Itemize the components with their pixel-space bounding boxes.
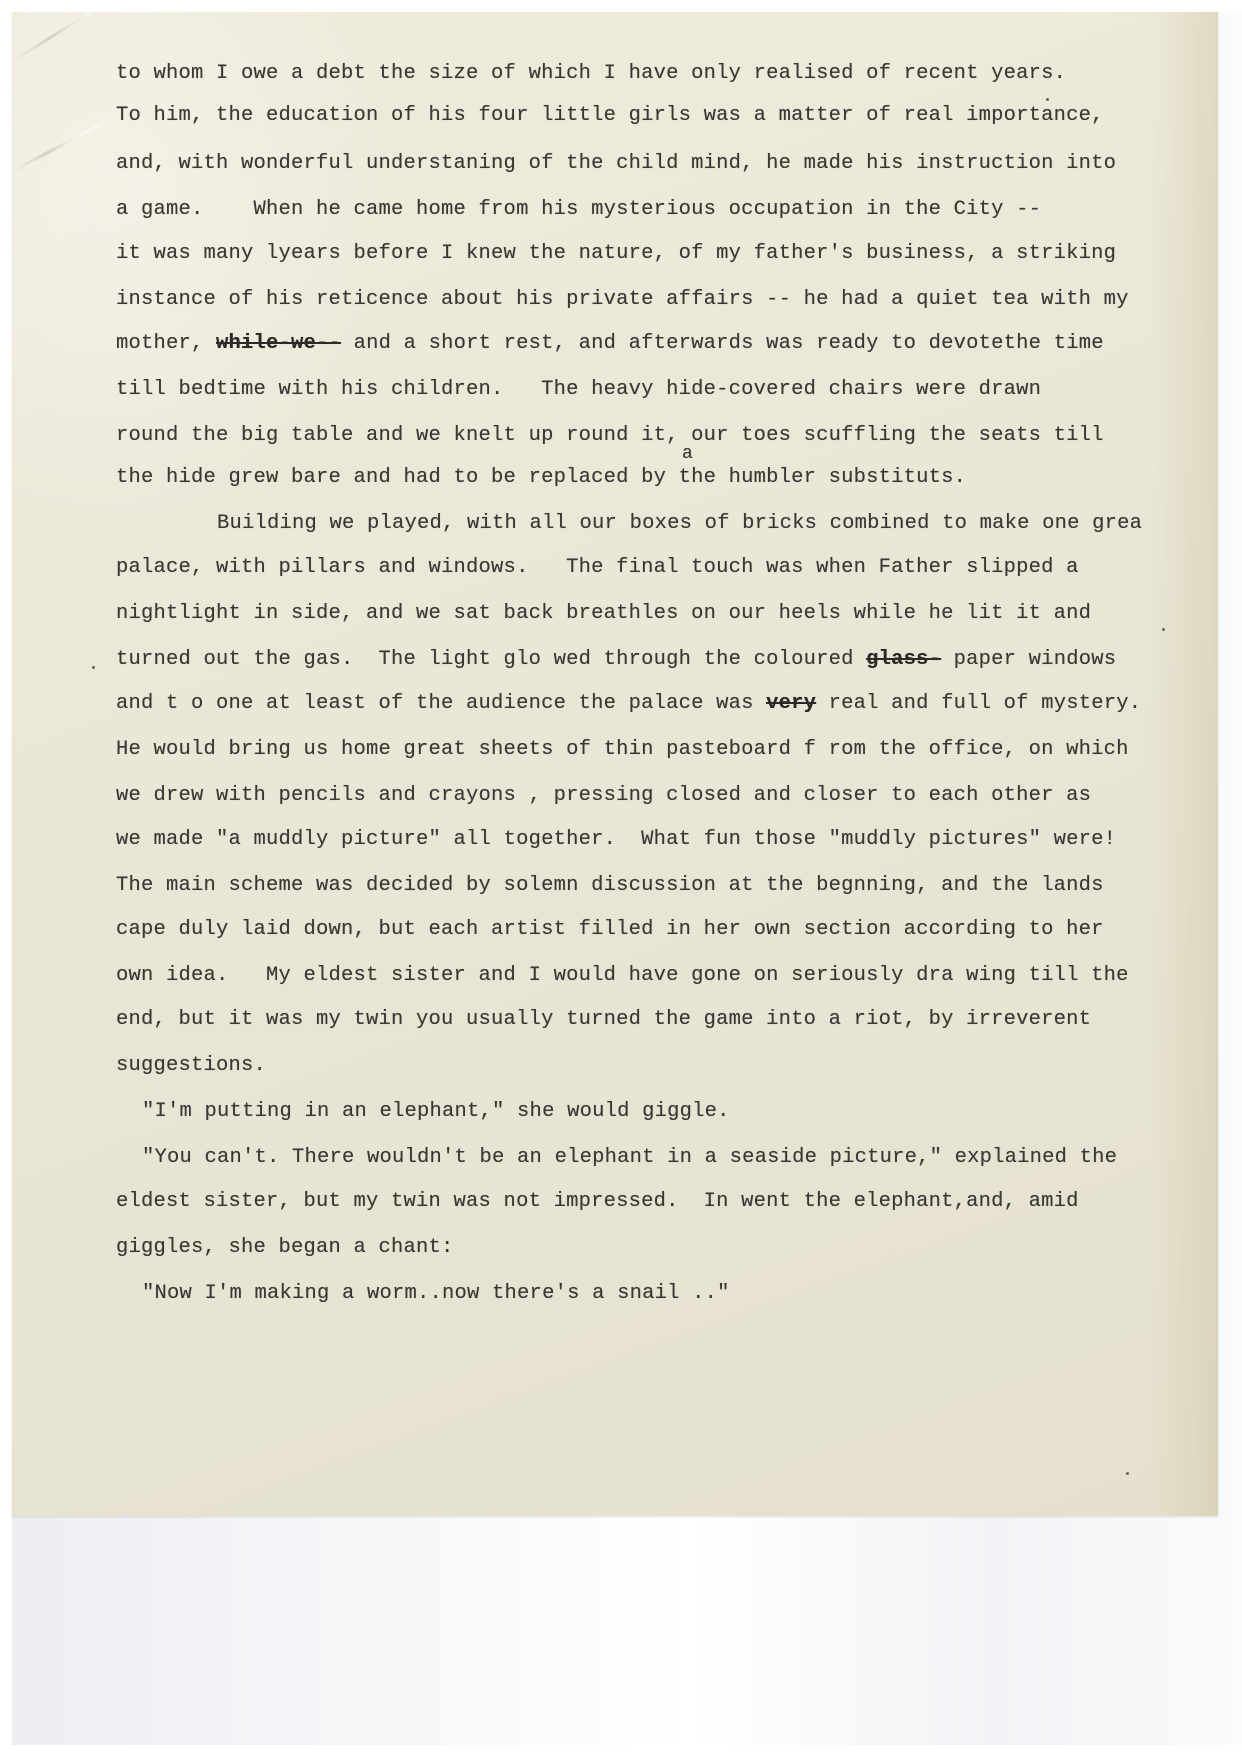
text-line: nightlight in side, and we sat back brea…	[116, 602, 1091, 626]
text-line: eldest sister, but my twin was not impre…	[116, 1190, 1079, 1214]
text-line: we made "a muddly picture" all together.…	[116, 828, 1116, 852]
text-line-with-strikeout: turned out the gas. The light glo wed th…	[116, 648, 1116, 672]
text-line: it was many lyears before I knew the nat…	[116, 242, 1116, 266]
struck-out-text: very	[766, 692, 816, 715]
text-line: we drew with pencils and crayons , press…	[116, 784, 1091, 808]
text-line: the hide grew bare and had to be replace…	[116, 466, 966, 490]
text-segment: paper windows	[954, 648, 1117, 671]
text-line: suggestions.	[116, 1054, 266, 1078]
text-line: He would bring us home great sheets of t…	[116, 738, 1129, 762]
paper-speck	[1126, 1472, 1129, 1475]
text-line: a game. When he came home from his myste…	[116, 198, 1041, 222]
struck-out-text: glass-	[866, 648, 941, 671]
text-segment: and a short rest, and afterwards was rea…	[354, 332, 1104, 355]
paper-speck	[92, 666, 95, 669]
text-line: to whom I owe a debt the size of which I…	[116, 62, 1066, 86]
paper-speck	[1046, 98, 1049, 101]
dialogue-line: "You can't. There wouldn't be an elephan…	[142, 1146, 1117, 1170]
text-line: giggles, she began a chant:	[116, 1236, 454, 1260]
dialogue-line: "I'm putting in an elephant," she would …	[142, 1100, 730, 1124]
text-segment: real and full of mystery.	[829, 692, 1142, 715]
text-segment: turned out the gas. The light glo wed th…	[116, 648, 854, 671]
text-line: To him, the education of his four little…	[116, 104, 1104, 128]
text-line: end, but it was my twin you usually turn…	[116, 1008, 1091, 1032]
text-line: till bedtime with his children. The heav…	[116, 378, 1041, 402]
text-line: palace, with pillars and windows. The fi…	[116, 556, 1079, 580]
text-line: round the big table and we knelt up roun…	[116, 424, 1104, 448]
text-line: own idea. My eldest sister and I would h…	[116, 964, 1129, 988]
handtyped-insertion: a	[682, 444, 693, 464]
dialogue-line: "Now I'm making a worm..now there's a sn…	[142, 1282, 730, 1306]
text-line: The main scheme was decided by solemn di…	[116, 874, 1104, 898]
text-segment: mother,	[116, 332, 204, 355]
text-line: cape duly laid down, but each artist fil…	[116, 918, 1104, 942]
text-line: and, with wonderful understaning of the …	[116, 152, 1116, 176]
text-line-with-strikeout: and t o one at least of the audience the…	[116, 692, 1141, 716]
text-segment: and t o one at least of the audience the…	[116, 692, 754, 715]
paper-speck	[1162, 628, 1165, 631]
text-line: instance of his reticence about his priv…	[116, 288, 1129, 312]
text-line-with-strikeout: mother, while-we-- and a short rest, and…	[116, 332, 1104, 356]
paragraph-start-line: Building we played, with all our boxes o…	[217, 512, 1142, 536]
paper-edge-shading	[1150, 12, 1218, 1516]
struck-out-text: while-we--	[216, 332, 341, 355]
